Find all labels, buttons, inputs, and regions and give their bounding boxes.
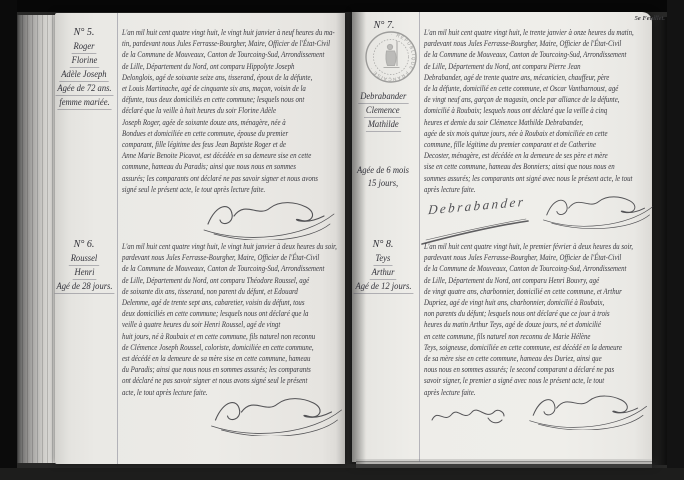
act-text-line: de la Commune de Mouveaux, Canton de Tou… [122,49,313,60]
act-text-line: de la défunte, domicilié en cette commun… [424,83,618,94]
act-text-line: pardevant nous Jules Ferrasse-Bourgher, … [122,252,313,263]
margin-note-line: Mathilde [366,118,401,132]
scan-background-bottom [0,468,684,480]
witness-signature [428,402,508,430]
act-text-line: Joseph Roger, agée de soixante douze ans… [122,117,313,128]
act-number: N° 5. [52,26,116,40]
act-text-line: savoir signer, le premier a signé avec n… [424,375,618,386]
act-text-line: de Clémence Joseph Roussel, coloriste, d… [122,342,313,353]
act-text-line: de sa mère sise en cette commune, hameau… [424,353,618,364]
register-scan: 5e Feuillet. N° 5. RogerFlorineAdèle Jos… [0,0,684,480]
margin-note-line: Clemence [364,104,402,118]
act-text-line: deux domiciliés en cette commune; lesque… [122,308,313,319]
margin-note-line: Agée de 72 ans. [55,82,113,96]
act-text-line: pardevant nous Jules Ferrasse-Bourgher, … [424,252,618,263]
margin-rule-left-page [117,13,118,464]
margin-note-line: Teys [374,252,393,266]
margin-note-line: Adèle Joseph [59,68,108,82]
act-text-line: de Lille, Département du Nord, ont compa… [424,61,618,72]
act-text-line: veille à quatre heures du soir Henri Rou… [122,319,313,330]
act-text-line: heures du matin Arthur Teys, agé de douz… [424,319,618,330]
act-text-line: de vingt neuf ans, garçon de magasin, on… [424,94,618,105]
act-text-line: assurés; les comparants ont déclaré ne p… [122,173,313,184]
folio-label: 5e Feuillet. [621,15,665,23]
act-text-line: sise en cette commune, hameau des Bonnie… [424,161,618,172]
act-text-line: L'an mil huit cent quatre vingt huit, le… [424,27,618,38]
margin-note-line: Agé de 28 jours. [54,280,114,294]
act-number: N° 6. [52,238,116,252]
act-text-line: non parents du défunt; lesquels nous ont… [424,308,618,319]
margin-note-line: Roger [72,40,97,54]
act-text-line: est décédé en la demeure de sa mère sise… [122,353,313,364]
act-text-line: défunte, tous deux domiciliés en cette c… [122,94,313,105]
act-text-line: L'an mil huit cent quatre vingt huit, le… [424,241,618,252]
act-text-line: ont déclaré ne pas savoir signer et nous… [122,375,313,386]
scan-background-left [0,0,17,480]
margin-note-act-7-name: DebrabanderClemenceMathilde [350,90,416,132]
seal-figure-icon [384,41,400,68]
act-text-line: agée de six mois quinze jours, née à Rou… [424,128,618,139]
page-stack-bottom-edge [356,459,652,468]
margin-note-line: Agée de 6 mois [352,164,415,177]
act-text-line: commune, hameau du Paradis; ainsi que no… [122,161,313,172]
act-text-line: tin, pardevant nous Jules Ferrasse-Bourg… [122,38,313,49]
margin-note-act-7-age: Agée de 6 mois15 jours, [350,164,416,190]
act-text-line: sommes assurés; les comparants ont signé… [424,173,618,184]
act-text-line: Decoster, ménagère, est décédée en la de… [424,150,618,161]
act-text-line: en cette commune, fils naturel non recon… [424,331,618,342]
act-number: N° 8. [350,238,416,252]
mayor-signature [200,194,340,240]
margin-note-line: Florine [69,54,98,68]
act-text-line: heures et demie du soir Clémence Mathild… [424,117,618,128]
act-text-line: de vingt quatre ans, charbonnier, domici… [424,286,618,297]
act-text-line: Dupriez, agé de vingt huit ans, charbonn… [424,297,618,308]
act-text-line: Teys, soigneuse, domiciliée en cette com… [424,342,618,353]
act-5-text: L'an mil huit cent quatre vingt huit, le… [122,27,344,195]
act-text-line: Delemme, agé de trente sept ans, cabaret… [122,297,313,308]
mayor-signature [540,188,658,230]
margin-note-line: Roussel [69,252,99,266]
act-text-line: Debrabander, agé de trente quatre ans, m… [424,72,618,83]
margin-note-line: Debrabander [358,90,408,104]
act-text-line: déclaré que la veille à huit heures du s… [122,105,313,116]
margin-note-line: Agé de 12 jours. [353,280,413,294]
act-text-line: de Lille, Département du Nord, ont compa… [424,275,618,286]
margin-note-act-6: N° 6. RousselHenriAgé de 28 jours. [52,238,116,294]
margin-note-line: 15 jours, [352,177,415,190]
mayor-signature [526,388,652,430]
republique-francaise-seal-stamp: · RÉPUBLIQUE FRANÇAISE · [364,30,418,89]
act-text-line: L'an mil huit cent quatre vingt huit, le… [122,241,313,252]
act-text-line: de la Commune de Mouveaux, Canton de Tou… [424,263,618,274]
act-6-text: L'an mil huit cent quatre vingt huit, le… [122,241,344,398]
act-text-line: commune, fille légitime du premier compa… [424,139,618,150]
act-text-line: Bondues et domiciliée en cette commune, … [122,128,313,139]
act-text-line: et Louis Martinache, agé de cinquante si… [122,83,313,94]
act-text-line: du Paradis; ainsi que nous nous en somme… [122,364,313,375]
act-text-line: huit jours, né à Roubaix et en cette com… [122,331,313,342]
act-text-line: L'an mil huit cent quatre vingt huit, le… [122,27,313,38]
act-text-line: comparant, fille légitime des feus Jean … [122,139,313,150]
act-text-line: Anne Marie Benoite Picavot, est décédée … [122,150,313,161]
page-stack-right-edge [651,17,667,465]
act-8-text: L'an mil huit cent quatre vingt huit, le… [424,241,650,398]
act-text-line: pardevant nous Jules Ferrasse-Bourgher, … [424,38,618,49]
margin-note-act-5: N° 5. RogerFlorineAdèle JosephAgée de 72… [52,26,116,110]
act-text-line: de la Commune de Mouveaux, Canton de Tou… [424,49,618,60]
mayor-signature [205,390,350,436]
act-text-line: nous nous en sommes assurés; le second c… [424,364,618,375]
act-text-line: Delonglois, agé de soixante seize ans, t… [122,72,313,83]
scan-background-top [0,0,684,12]
margin-note-line: Henri [72,266,96,280]
act-7-text: L'an mil huit cent quatre vingt huit, le… [424,27,650,195]
scan-background-right [667,0,684,480]
margin-note-line: femme mariée. [57,96,111,110]
act-text-line: de Lille, Département du Nord, ont compa… [122,275,313,286]
act-text-line: domicilié à Roubaix; lesquels nous ont d… [424,105,618,116]
act-text-line: de soixante dix ans, tisserand, non pare… [122,286,313,297]
act-text-line: de Lille, Département du Nord, ont compa… [122,61,313,72]
margin-note-act-8: N° 8. TeysArthurAgé de 12 jours. [350,238,416,294]
act-text-line: de la Commune de Mouveaux, Canton de Tou… [122,263,313,274]
margin-note-line: Arthur [370,266,397,280]
page-stack-left-edge [17,15,55,463]
